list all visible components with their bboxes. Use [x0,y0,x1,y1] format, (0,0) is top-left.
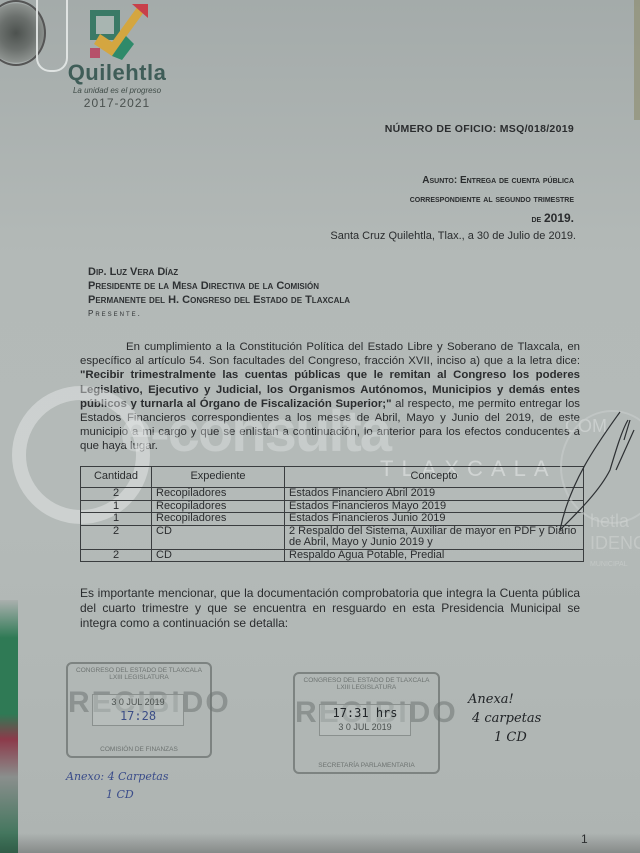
recipient-title-2: Permanente del H. Congreso del Estado de… [88,293,350,307]
stamp-date-box: 17:31 hrs 3 0 JUL 2019 [319,704,411,736]
cell-expediente: CD [152,549,285,562]
subject-line-2: correspondiente al segundo trimestre [410,190,574,209]
handwritten-line: 1 CD [66,786,168,804]
table-row: 2 Recopiladores Estados Financiero Abril… [81,488,584,501]
recipient-presente: Presente. [88,307,350,321]
cell-concepto: 2 Respaldo del Sistema, Auxiliar de mayo… [285,525,584,549]
handwritten-line: Anexa! [468,690,541,709]
background-folder [0,600,18,853]
handwritten-line: 1 CD [468,728,541,747]
oficio-value: MSQ/018/2019 [500,123,574,135]
cell-concepto: Respaldo Agua Potable, Predial [285,549,584,562]
stamp-header: CONGRESO DEL ESTADO DE TLAXCALA [68,667,210,674]
logo-slogan: La unidad es el progreso [52,86,182,95]
cell-cantidad: 2 [81,488,152,501]
logo-check-icon [86,4,148,62]
oficio-number: NÚMERO DE OFICIO: MSQ/018/2019 [385,123,574,135]
received-stamp-finanzas: CONGRESO DEL ESTADO DE TLAXCALA LXIII LE… [66,662,212,758]
subject-year: 2019. [544,211,574,225]
handwritten-note-1: Anexo: 4 Carpetas 1 CD [66,768,168,804]
cell-concepto: Estados Financieros Mayo 2019 [285,500,584,513]
seal-text-line: MUNICIPAL [590,554,640,576]
cell-cantidad: 1 [81,513,152,526]
cell-cantidad: 2 [81,525,152,549]
cell-concepto: Estados Financieros Junio 2019 [285,513,584,526]
logo-name: Quilehtla [52,60,182,86]
subject-year-prefix: de [531,214,541,225]
table-row: 1 Recopiladores Estados Financieros Juni… [81,513,584,526]
stamp-footer: COMISIÓN DE FINANZAS [68,746,210,753]
cell-concepto: Estados Financiero Abril 2019 [285,488,584,501]
paragraph-1: En cumplimiento a la Constitución Políti… [80,340,580,454]
stamp-header: CONGRESO DEL ESTADO DE TLAXCALA [295,677,438,684]
cell-expediente: Recopiladores [152,513,285,526]
table-row: 1 Recopiladores Estados Financieros Mayo… [81,500,584,513]
received-stamp-parlamentaria: CONGRESO DEL ESTADO DE TLAXCALA LXIII LE… [293,672,440,774]
recipient-title-1: Presidente de la Mesa Directiva de la Co… [88,279,350,293]
handwritten-note-2: Anexa! 4 carpetas 1 CD [468,690,541,747]
table-row: 2 CD 2 Respaldo del Sistema, Auxiliar de… [81,525,584,549]
stamp-legislatura: LXIII LEGISLATURA [295,684,438,691]
table-row: 2 CD Respaldo Agua Potable, Predial [81,549,584,562]
signature [550,400,640,540]
stamp-time: 17:28 [93,709,183,723]
cell-expediente: Recopiladores [152,488,285,501]
paragraph-1-intro: En cumplimiento a la Constitución Políti… [80,341,580,367]
stamp-date-box: 3 0 JUL 2019 17:28 [92,694,184,726]
logo-years: 2017-2021 [52,96,182,110]
column-header-concepto: Concepto [285,467,584,488]
stamp-date: 3 0 JUL 2019 [320,722,410,732]
subject-line-1: Asunto: Entrega de cuenta pública [410,171,574,190]
stamp-time: 17:31 hrs [320,706,410,720]
cell-expediente: CD [152,525,285,549]
cell-cantidad: 1 [81,500,152,513]
stamp-date: 3 0 JUL 2019 [93,697,183,707]
stamp-footer: SECRETARÍA PARLAMENTARIA [295,762,438,769]
subject-line-3: de 2019. [410,209,574,229]
stamp-legislatura: LXIII LEGISLATURA [68,674,210,681]
column-header-expediente: Expediente [152,467,285,488]
recipient-block: Dip. Luz Vera Díaz Presidente de la Mesa… [88,265,350,321]
oficio-label: NÚMERO DE OFICIO: [385,123,497,135]
date-line: Santa Cruz Quilehtla, Tlax., a 30 de Jul… [330,230,576,242]
deliverables-table: Cantidad Expediente Concepto 2 Recopilad… [80,466,584,562]
paragraph-2: Es importante mencionar, que la document… [80,586,580,631]
photo-shadow [0,833,640,853]
table-header-row: Cantidad Expediente Concepto [81,467,584,488]
recipient-name: Dip. Luz Vera Díaz [88,265,350,279]
column-header-cantidad: Cantidad [81,467,152,488]
handwritten-line: 4 carpetas [468,709,541,728]
cell-expediente: Recopiladores [152,500,285,513]
page-edge [634,0,640,120]
subject-block: Asunto: Entrega de cuenta pública corres… [410,171,574,229]
cell-cantidad: 2 [81,549,152,562]
handwritten-line: Anexo: 4 Carpetas [66,768,168,786]
municipal-logo: Quilehtla La unidad es el progreso 2017-… [52,2,182,110]
